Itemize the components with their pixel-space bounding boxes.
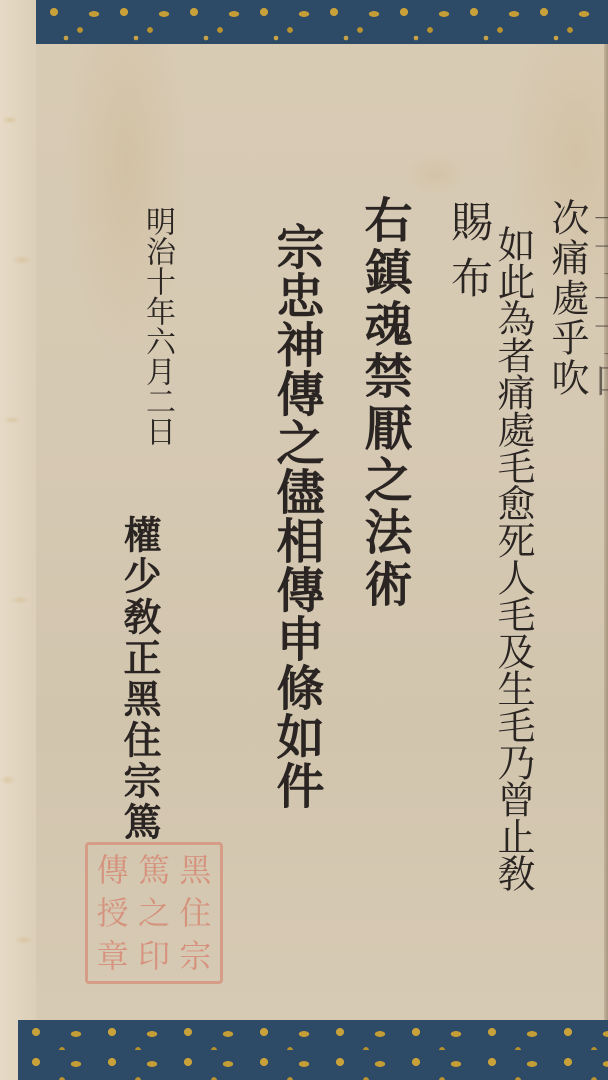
text-column-4: 右鎮魂禁厭之法術 bbox=[360, 195, 408, 611]
text-column-3: 賜布 bbox=[448, 200, 490, 312]
seal-char: 授 bbox=[92, 892, 133, 935]
date-column: 明治十年六月二日 bbox=[142, 206, 172, 446]
seal-char: 印 bbox=[133, 934, 174, 977]
partial-column-edge: 一丁一丁口 bbox=[590, 200, 608, 400]
seal-char: 章 bbox=[92, 934, 133, 977]
red-seal-stamp: 黑 住 宗 篤 之 印 傳 授 章 bbox=[85, 842, 223, 984]
paper-fold-edge bbox=[604, 44, 608, 1020]
top-brocade-border bbox=[36, 0, 608, 44]
scroll-left-margin bbox=[0, 0, 36, 1080]
text-column-2: 如此為者痛處毛愈死人毛及生毛乃曾止敎 bbox=[494, 225, 532, 891]
seal-char: 傳 bbox=[92, 849, 133, 892]
text-column-1: 次痛處乎吹 bbox=[548, 198, 586, 398]
bottom-brocade-border bbox=[18, 1020, 608, 1080]
seal-char: 黑 bbox=[175, 849, 216, 892]
text-column-5: 宗忠神傳之儘相傳申條如件 bbox=[272, 222, 320, 810]
seal-char: 宗 bbox=[175, 934, 216, 977]
signature-column: 權少敎正黑住宗篤 bbox=[120, 515, 158, 843]
seal-char: 住 bbox=[175, 892, 216, 935]
seal-char: 篤 bbox=[133, 849, 174, 892]
seal-char: 之 bbox=[133, 892, 174, 935]
